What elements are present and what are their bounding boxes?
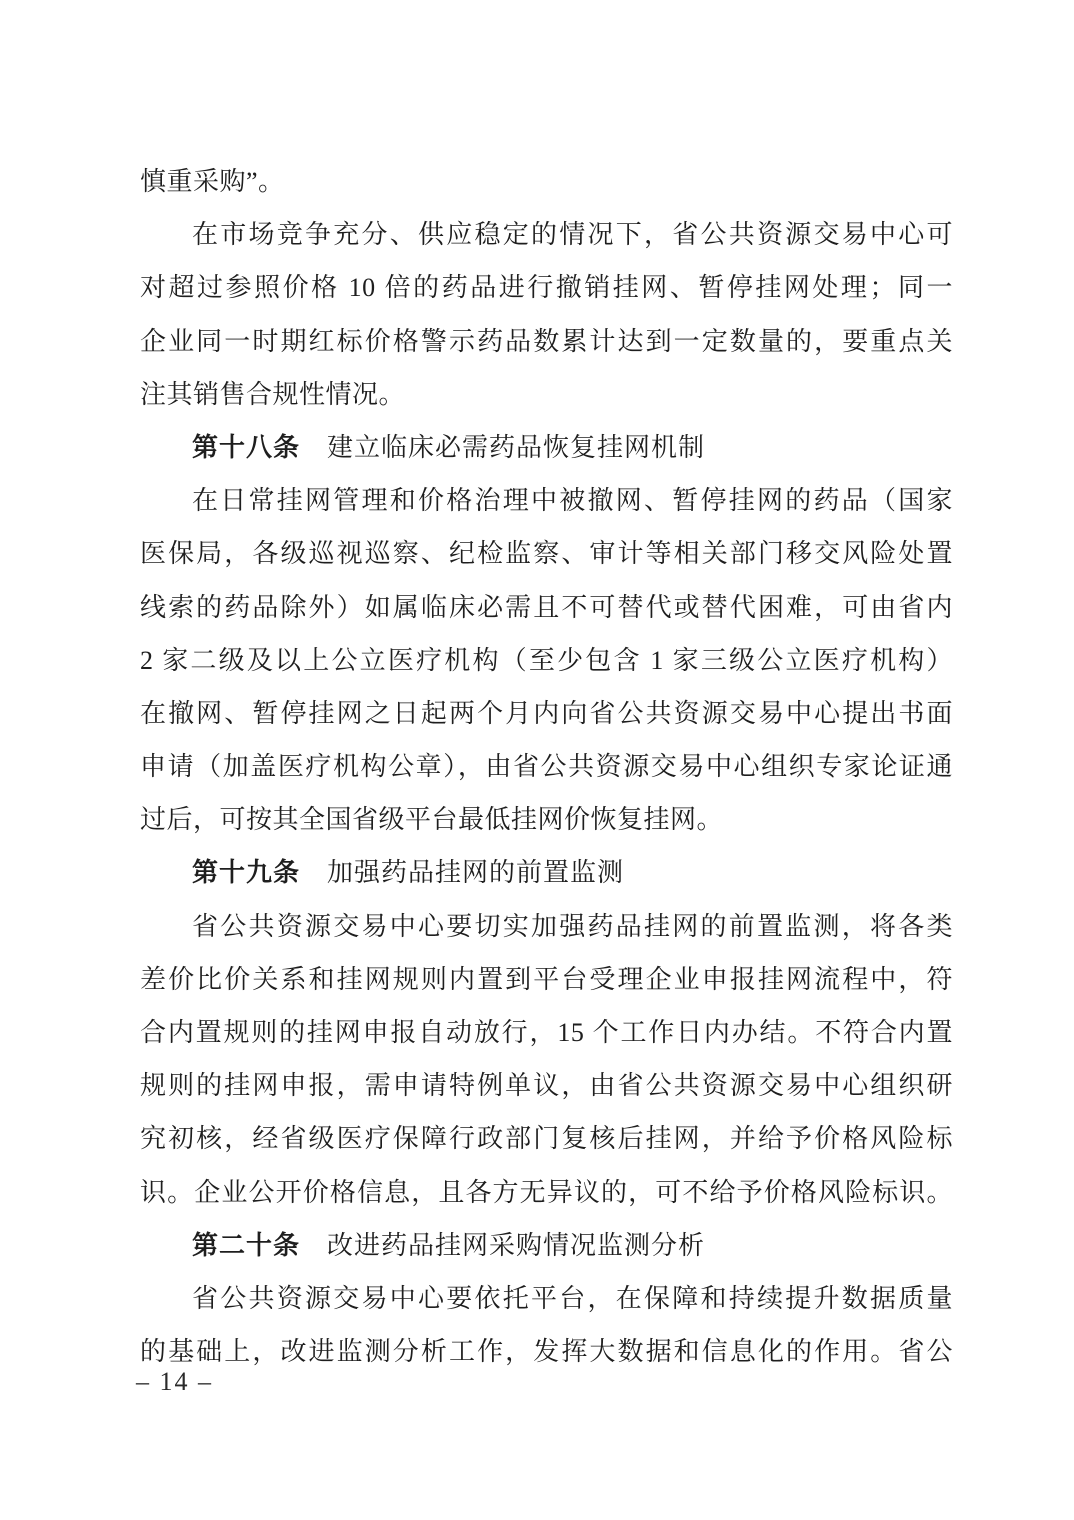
line-text: 线索的药品除外）如属临床必需且不可替代或替代困难，可由省内: [140, 593, 953, 622]
text-line: 注其销售合规性情况。: [140, 368, 953, 421]
line-text: 规则的挂网申报，需申请特例单议，由省公共资源交易中心组织研: [140, 1071, 953, 1100]
article-number: 第十八条: [192, 432, 300, 462]
text-line: 规则的挂网申报，需申请特例单议，由省公共资源交易中心组织研: [140, 1059, 953, 1112]
line-text: 建立临床必需药品恢复挂网机制: [300, 433, 705, 462]
text-line: 在撤网、暂停挂网之日起两个月内向省公共资源交易中心提出书面: [140, 687, 953, 740]
line-text: 2 家二级及以上公立医疗机构（至少包含 1 家三级公立医疗机构）: [140, 646, 953, 675]
text-line: 医保局，各级巡视巡察、纪检监察、审计等相关部门移交风险处置: [140, 527, 953, 580]
text-line: 2 家二级及以上公立医疗机构（至少包含 1 家三级公立医疗机构）: [140, 634, 953, 687]
text-line: 过后，可按其全国省级平台最低挂网价恢复挂网。: [140, 793, 953, 846]
text-line: 在市场竞争充分、供应稳定的情况下，省公共资源交易中心可: [140, 208, 953, 261]
article-heading: 第十八条 建立临床必需药品恢复挂网机制: [140, 421, 953, 474]
line-text: 合内置规则的挂网申报自动放行，15 个工作日内办结。不符合内置: [140, 1018, 953, 1047]
text-line: 线索的药品除外）如属临床必需且不可替代或替代困难，可由省内: [140, 581, 953, 634]
line-text: 申请（加盖医疗机构公章），由省公共资源交易中心组织专家论证通: [140, 752, 953, 781]
text-line: 的基础上，改进监测分析工作，发挥大数据和信息化的作用。省公: [140, 1325, 953, 1378]
line-text: 医保局，各级巡视巡察、纪检监察、审计等相关部门移交风险处置: [140, 539, 953, 568]
text-line: 对超过参照价格 10 倍的药品进行撤销挂网、暂停挂网处理；同一: [140, 261, 953, 314]
text-line: 识。企业公开价格信息，且各方无异议的，可不给予价格风险标识。: [140, 1166, 953, 1219]
line-text: 改进药品挂网采购情况监测分析: [300, 1231, 705, 1260]
text-line: 在日常挂网管理和价格治理中被撤网、暂停挂网的药品（国家: [140, 474, 953, 527]
article-number: 第十九条: [192, 857, 300, 887]
line-text: 对超过参照价格 10 倍的药品进行撤销挂网、暂停挂网处理；同一: [140, 273, 953, 302]
text-line: 差价比价关系和挂网规则内置到平台受理企业申报挂网流程中，符: [140, 953, 953, 1006]
text-line: 申请（加盖医疗机构公章），由省公共资源交易中心组织专家论证通: [140, 740, 953, 793]
line-text: 加强药品挂网的前置监测: [300, 858, 624, 887]
text-line: 企业同一时期红标价格警示药品数累计达到一定数量的，要重点关: [140, 315, 953, 368]
article-number: 第二十条: [192, 1230, 300, 1260]
text-line: 省公共资源交易中心要依托平台，在保障和持续提升数据质量: [140, 1272, 953, 1325]
line-text: 在市场竞争充分、供应稳定的情况下，省公共资源交易中心可: [192, 220, 953, 249]
line-text: 的基础上，改进监测分析工作，发挥大数据和信息化的作用。省公: [140, 1337, 953, 1366]
line-text: 慎重采购”。: [140, 167, 285, 196]
line-text: 注其销售合规性情况。: [140, 380, 405, 409]
page-number: – 14 –: [136, 1364, 213, 1400]
line-text: 过后，可按其全国省级平台最低挂网价恢复挂网。: [140, 805, 723, 834]
text-line: 省公共资源交易中心要切实加强药品挂网的前置监测，将各类: [140, 900, 953, 953]
text-line: 究初核，经省级医疗保障行政部门复核后挂网，并给予价格风险标: [140, 1112, 953, 1165]
article-heading: 第十九条 加强药品挂网的前置监测: [140, 846, 953, 899]
line-text: 省公共资源交易中心要切实加强药品挂网的前置监测，将各类: [192, 912, 953, 941]
line-text: 在日常挂网管理和价格治理中被撤网、暂停挂网的药品（国家: [192, 486, 953, 515]
text-line: 合内置规则的挂网申报自动放行，15 个工作日内办结。不符合内置: [140, 1006, 953, 1059]
line-text: 省公共资源交易中心要依托平台，在保障和持续提升数据质量: [192, 1284, 953, 1313]
line-text: 在撤网、暂停挂网之日起两个月内向省公共资源交易中心提出书面: [140, 699, 953, 728]
text-line: 慎重采购”。: [140, 155, 953, 208]
document-page: 慎重采购”。在市场竞争充分、供应稳定的情况下，省公共资源交易中心可对超过参照价格…: [0, 0, 1074, 1520]
line-text: 差价比价关系和挂网规则内置到平台受理企业申报挂网流程中，符: [140, 965, 953, 994]
line-text: 识。企业公开价格信息，且各方无异议的，可不给予价格风险标识。: [140, 1178, 953, 1207]
line-text: 究初核，经省级医疗保障行政部门复核后挂网，并给予价格风险标: [140, 1124, 953, 1153]
line-text: 企业同一时期红标价格警示药品数累计达到一定数量的，要重点关: [140, 327, 953, 356]
article-heading: 第二十条 改进药品挂网采购情况监测分析: [140, 1219, 953, 1272]
document-body: 慎重采购”。在市场竞争充分、供应稳定的情况下，省公共资源交易中心可对超过参照价格…: [140, 155, 953, 1378]
